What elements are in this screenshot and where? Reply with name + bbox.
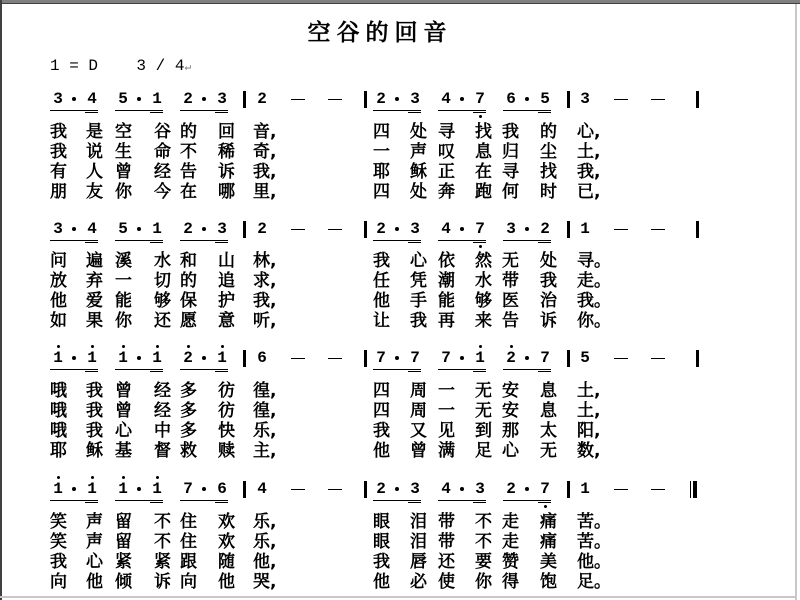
note: 3	[216, 220, 228, 238]
lyric-char: 让	[373, 311, 390, 331]
lyric-char: 心	[410, 251, 427, 271]
lyric-verse-row: 放弃一切的追求,任凭潮水带我走。	[0, 271, 800, 291]
lyric-char: 无	[502, 251, 519, 271]
dotted-rhythm-icon	[395, 227, 399, 231]
eighth-underline	[373, 500, 421, 501]
lyric-char: 哭,	[253, 572, 276, 592]
eighth-underline	[373, 240, 421, 241]
note: 3	[409, 480, 421, 498]
lyric-char: 里,	[253, 182, 276, 202]
lyric-char: 无	[475, 381, 492, 401]
bar-line	[696, 91, 699, 108]
sustain-dash	[614, 229, 628, 230]
lyric-char: 我	[50, 142, 67, 162]
final-bar-thick	[693, 481, 697, 498]
lyric-char: 友	[86, 182, 103, 202]
eighth-underline	[438, 369, 486, 370]
key-signature: 1 = D	[50, 57, 98, 75]
lyric-char: 留	[115, 512, 132, 532]
lyric-char: 求,	[253, 271, 276, 291]
note: 2	[375, 90, 387, 108]
dotted-rhythm-icon	[395, 487, 399, 491]
note-long: 4	[256, 480, 268, 498]
lyric-verse-row: 我说生命不稀奇,一声叹息归尘土,	[0, 142, 800, 162]
sustain-dash	[291, 99, 305, 100]
lyric-char: 治	[540, 291, 557, 311]
dotted-rhythm-icon	[137, 356, 141, 360]
dotted-rhythm-icon	[137, 227, 141, 231]
eighth-underline	[503, 110, 551, 111]
dotted-rhythm-icon	[460, 97, 464, 101]
note-pair: 47	[440, 218, 492, 248]
lyric-char: 今	[154, 182, 171, 202]
lyric-char: 走	[502, 512, 519, 532]
sixteenth-underline	[408, 502, 421, 503]
sustain-dash	[614, 489, 628, 490]
lyric-char: 他	[50, 291, 67, 311]
lyric-char: 一	[115, 271, 132, 291]
eighth-underline	[180, 110, 228, 111]
note-pair: 11	[52, 347, 104, 377]
eighth-underline	[50, 500, 98, 501]
lyric-char: 快	[218, 421, 235, 441]
sixteenth-underline	[150, 371, 163, 372]
lyric-char: 土,	[577, 381, 600, 401]
lyric-char: 足。	[577, 572, 611, 592]
lyric-char: 水	[154, 251, 171, 271]
lyric-verse-row: 耶稣基督救赎主,他曾满足心无数,	[0, 441, 800, 461]
lyric-char: 不	[154, 512, 171, 532]
lyric-char: 住	[180, 532, 197, 552]
octave-high-dot-icon	[156, 476, 159, 479]
lyric-char: 来	[475, 311, 492, 331]
octave-low-dot-icon	[544, 505, 547, 508]
note-pair: 23	[375, 478, 427, 508]
lyric-char: 够	[154, 291, 171, 311]
note-pair: 34	[52, 218, 104, 248]
lyric-char: 四	[373, 182, 390, 202]
lyric-verse-row: 我心紧紧跟随他,我唇还要赞美他。	[0, 552, 800, 572]
dotted-rhythm-icon	[395, 356, 399, 360]
lyric-char: 四	[373, 401, 390, 421]
eighth-underline	[438, 500, 486, 501]
octave-high-dot-icon	[122, 476, 125, 479]
lyric-char: 稣	[410, 162, 427, 182]
sixteenth-underline	[85, 502, 98, 503]
note: 2	[539, 220, 551, 238]
lyric-char: 心,	[577, 122, 600, 142]
notation-line: 34512322347321	[0, 218, 800, 248]
lyric-char: 安	[502, 381, 519, 401]
lyric-char: 然	[475, 251, 492, 271]
lyric-char: 心	[86, 552, 103, 572]
lyric-char: 告	[502, 311, 519, 331]
note: 2	[182, 349, 194, 367]
sixteenth-underline	[215, 371, 228, 372]
note: 1	[151, 220, 163, 238]
lyric-char: 你。	[577, 311, 611, 331]
lyric-char: 经	[154, 401, 171, 421]
sustain-dash	[651, 358, 665, 359]
lyric-char: 中	[154, 421, 171, 441]
sustain-dash	[328, 229, 342, 230]
sixteenth-underline	[473, 371, 486, 372]
sixteenth-underline	[538, 242, 551, 243]
sixteenth-underline	[538, 371, 551, 372]
bar-line	[696, 350, 699, 367]
lyric-char: 乐,	[253, 421, 276, 441]
lyric-char: 奔	[438, 182, 455, 202]
sustain-dash	[651, 229, 665, 230]
lyric-char: 切	[154, 271, 171, 291]
sixteenth-underline	[85, 371, 98, 372]
note: 7	[474, 90, 486, 108]
bar-line	[364, 481, 367, 498]
bar-line	[243, 481, 246, 498]
lyric-char: 的	[540, 122, 557, 142]
eighth-underline	[115, 240, 163, 241]
lyric-char: 弃	[86, 271, 103, 291]
lyric-char: 护	[218, 291, 235, 311]
dotted-rhythm-icon	[137, 487, 141, 491]
lyric-char: 满	[438, 441, 455, 461]
lyric-verse-row: 笑声留不住欢乐,眼泪带不走痛苦。	[0, 532, 800, 552]
lyric-verse-row: 哦我曾经多彷徨,四周一无安息土,	[0, 381, 800, 401]
note-pair: 23	[375, 88, 427, 118]
lyric-char: 救	[180, 441, 197, 461]
lyric-verse-row: 他爱能够保护我,他手能够医治我。	[0, 291, 800, 311]
lyric-char: 带	[438, 512, 455, 532]
lyric-char: 林,	[253, 251, 276, 271]
lyric-char: 音,	[253, 122, 276, 142]
lyric-char: 保	[180, 291, 197, 311]
lyric-char: 曾	[115, 381, 132, 401]
octave-low-dot-icon	[479, 245, 482, 248]
octave-high-dot-icon	[122, 345, 125, 348]
dotted-rhythm-icon	[525, 356, 529, 360]
lyric-char: 处	[410, 122, 427, 142]
lyric-char: 徨,	[253, 381, 276, 401]
note-pair: 11	[117, 478, 169, 508]
sustain-dash	[328, 99, 342, 100]
note: 4	[440, 90, 452, 108]
lyric-char: 我	[86, 381, 103, 401]
lyric-char: 痛	[540, 512, 557, 532]
lyric-char: 苦。	[577, 532, 611, 552]
window-frame-bottom	[0, 596, 797, 598]
dotted-rhythm-icon	[525, 227, 529, 231]
dotted-rhythm-icon	[525, 487, 529, 491]
lyric-char: 任	[373, 271, 390, 291]
bar-line	[364, 350, 367, 367]
lyric-char: 谷	[154, 122, 171, 142]
sixteenth-underline	[538, 502, 551, 503]
lyric-char: 跑	[475, 182, 492, 202]
lyric-char: 息	[475, 142, 492, 162]
lyric-char: 哪	[218, 182, 235, 202]
dotted-rhythm-icon	[460, 227, 464, 231]
lyric-char: 我,	[253, 291, 276, 311]
notation-line: 34512322347653	[0, 88, 800, 118]
lyric-char: 不	[475, 532, 492, 552]
lyric-char: 诉	[540, 311, 557, 331]
bar-line	[567, 91, 570, 108]
lyric-char: 足	[475, 441, 492, 461]
lyric-char: 我	[502, 122, 519, 142]
song-title: 空谷的回音	[0, 14, 760, 47]
lyric-char: 彷	[218, 381, 235, 401]
lyric-char: 一	[438, 381, 455, 401]
sixteenth-underline	[473, 112, 486, 113]
octave-low-dot-icon	[479, 115, 482, 118]
bar-line	[696, 221, 699, 238]
eighth-underline	[438, 110, 486, 111]
lyric-char: 有	[50, 162, 67, 182]
lyric-char: 寻	[502, 162, 519, 182]
dotted-rhythm-icon	[202, 487, 206, 491]
sustain-dash	[291, 358, 305, 359]
note-long: 1	[579, 220, 591, 238]
note: 7	[409, 349, 421, 367]
lyric-char: 我	[373, 421, 390, 441]
lyric-char: 乐,	[253, 512, 276, 532]
note-pair: 71	[440, 347, 492, 377]
lyric-char: 要	[475, 552, 492, 572]
note: 1	[151, 349, 163, 367]
note-pair: 43	[440, 478, 492, 508]
lyric-char: 泪	[410, 532, 427, 552]
lyric-char: 不	[154, 532, 171, 552]
lyric-char: 眼	[373, 512, 390, 532]
lyric-char: 心	[502, 441, 519, 461]
lyric-char: 主,	[253, 441, 276, 461]
sixteenth-underline	[408, 112, 421, 113]
note-pair: 65	[505, 88, 557, 118]
lyric-char: 到	[475, 421, 492, 441]
lyric-char: 经	[154, 162, 171, 182]
lyric-char: 见	[438, 421, 455, 441]
eighth-underline	[373, 110, 421, 111]
note-long: 3	[579, 90, 591, 108]
note: 3	[216, 90, 228, 108]
sixteenth-underline	[215, 242, 228, 243]
lyric-char: 周	[410, 381, 427, 401]
lyric-char: 耶	[50, 441, 67, 461]
lyric-char: 还	[438, 552, 455, 572]
note: 2	[505, 349, 517, 367]
lyric-char: 向	[180, 572, 197, 592]
lyric-verse-row: 哦我曾经多彷徨,四周一无安息土,	[0, 401, 800, 421]
lyric-char: 笑	[50, 512, 67, 532]
lyric-char: 我	[50, 552, 67, 572]
lyric-char: 追	[218, 271, 235, 291]
note-long: 6	[256, 349, 268, 367]
lyric-char: 四	[373, 122, 390, 142]
eighth-underline	[180, 369, 228, 370]
lyric-char: 凭	[410, 271, 427, 291]
lyric-char: 心	[115, 421, 132, 441]
lyric-verse-row: 哦我心中多快乐,我又见到那太阳,	[0, 421, 800, 441]
lyric-char: 正	[438, 162, 455, 182]
lyric-char: 在	[180, 182, 197, 202]
dotted-rhythm-icon	[202, 356, 206, 360]
lyric-char: 我	[86, 401, 103, 421]
lyric-char: 我	[373, 552, 390, 572]
window-frame-top-shadow	[0, 3, 800, 4]
lyric-char: 美	[540, 552, 557, 572]
note: 1	[52, 349, 64, 367]
lyric-char: 笑	[50, 532, 67, 552]
note: 2	[505, 480, 517, 498]
lyric-char: 稀	[218, 142, 235, 162]
eighth-underline	[180, 500, 228, 501]
lyric-char: 回	[218, 122, 235, 142]
lyric-char: 还	[154, 311, 171, 331]
eighth-underline	[50, 369, 98, 370]
lyric-char: 多	[180, 381, 197, 401]
lyric-char: 饱	[540, 572, 557, 592]
lyric-char: 多	[180, 401, 197, 421]
lyric-char: 找	[540, 162, 557, 182]
dotted-rhythm-icon	[460, 356, 464, 360]
note: 1	[151, 480, 163, 498]
lyric-char: 我	[50, 122, 67, 142]
lyric-char: 声	[86, 512, 103, 532]
lyric-char: 找	[475, 122, 492, 142]
note: 6	[216, 480, 228, 498]
lyric-char: 倾	[115, 572, 132, 592]
dotted-rhythm-icon	[525, 97, 529, 101]
sixteenth-underline	[473, 502, 486, 503]
octave-high-dot-icon	[91, 476, 94, 479]
lyric-char: 我,	[253, 162, 276, 182]
lyric-char: 尘	[540, 142, 557, 162]
dotted-rhythm-icon	[72, 97, 76, 101]
lyric-char: 果	[86, 311, 103, 331]
dotted-rhythm-icon	[137, 97, 141, 101]
note: 1	[474, 349, 486, 367]
lyric-char: 我	[86, 421, 103, 441]
note: 2	[375, 220, 387, 238]
note: 5	[117, 90, 129, 108]
bar-line	[243, 91, 246, 108]
lyric-char: 走	[502, 532, 519, 552]
note: 3	[52, 90, 64, 108]
notation-line: 11117642343271	[0, 478, 800, 508]
eighth-underline	[115, 110, 163, 111]
note-pair: 76	[182, 478, 234, 508]
lyric-char: 时	[540, 182, 557, 202]
lyric-char: 息	[540, 401, 557, 421]
lyric-char: 紧	[154, 552, 171, 572]
sustain-dash	[328, 489, 342, 490]
dotted-rhythm-icon	[395, 97, 399, 101]
note: 2	[182, 220, 194, 238]
lyric-char: 诉	[154, 572, 171, 592]
lyric-char: 一	[373, 142, 390, 162]
lyric-char: 何	[502, 182, 519, 202]
note-pair: 27	[505, 478, 557, 508]
note-pair: 34	[52, 88, 104, 118]
lyric-char: 够	[475, 291, 492, 311]
lyric-char: 哦	[50, 401, 67, 421]
lyric-char: 叹	[438, 142, 455, 162]
dotted-rhythm-icon	[72, 356, 76, 360]
lyric-char: 遍	[86, 251, 103, 271]
sustain-dash	[291, 229, 305, 230]
lyric-char: 留	[115, 532, 132, 552]
lyric-char: 命	[154, 142, 171, 162]
lyric-verse-row: 如果你还愿意听,让我再来告诉你。	[0, 311, 800, 331]
final-bar-thin	[690, 481, 691, 498]
note: 4	[440, 220, 452, 238]
dotted-rhythm-icon	[72, 227, 76, 231]
note: 3	[505, 220, 517, 238]
lyric-char: 我,	[577, 162, 600, 182]
lyric-char: 人	[86, 162, 103, 182]
note-pair: 77	[375, 347, 427, 377]
lyric-verse-row: 朋友你今在哪里,四处奔跑何时已,	[0, 182, 800, 202]
octave-high-dot-icon	[221, 345, 224, 348]
sixteenth-underline	[408, 242, 421, 243]
lyric-char: 你	[115, 182, 132, 202]
note: 1	[86, 349, 98, 367]
sixteenth-underline	[408, 371, 421, 372]
lyric-char: 他,	[253, 552, 276, 572]
eighth-underline	[50, 240, 98, 241]
bar-line	[567, 481, 570, 498]
lyric-char: 的	[180, 122, 197, 142]
lyric-char: 使	[438, 572, 455, 592]
lyric-char: 基	[115, 441, 132, 461]
note: 2	[182, 90, 194, 108]
lyric-char: 那	[502, 421, 519, 441]
lyric-char: 欢	[218, 512, 235, 532]
octave-high-dot-icon	[91, 345, 94, 348]
dotted-rhythm-icon	[202, 97, 206, 101]
note: 6	[505, 90, 517, 108]
lyric-char: 说	[86, 142, 103, 162]
bar-line	[243, 350, 246, 367]
note-pair: 47	[440, 88, 492, 118]
lyric-char: 我	[373, 251, 390, 271]
lyric-char: 随	[218, 552, 235, 572]
sustain-dash	[651, 489, 665, 490]
lyric-char: 山	[218, 251, 235, 271]
lyric-char: 处	[410, 182, 427, 202]
lyric-char: 声	[86, 532, 103, 552]
note: 1	[151, 90, 163, 108]
lyric-char: 泪	[410, 512, 427, 532]
lyric-char: 无	[540, 441, 557, 461]
lyric-char: 愿	[180, 311, 197, 331]
lyric-char: 曾	[115, 401, 132, 421]
note: 7	[182, 480, 194, 498]
lyric-char: 土,	[577, 142, 600, 162]
lyric-char: 四	[373, 381, 390, 401]
note: 4	[86, 90, 98, 108]
lyric-char: 问	[50, 251, 67, 271]
lyric-char: 水	[475, 271, 492, 291]
lyric-char: 稣	[86, 441, 103, 461]
lyric-char: 他。	[577, 552, 611, 572]
sustain-dash	[614, 99, 628, 100]
lyric-char: 他	[373, 441, 390, 461]
paragraph-return-icon: ↵	[184, 62, 191, 74]
lyric-char: 紧	[115, 552, 132, 572]
note-pair: 51	[117, 218, 169, 248]
lyric-char: 周	[410, 401, 427, 421]
